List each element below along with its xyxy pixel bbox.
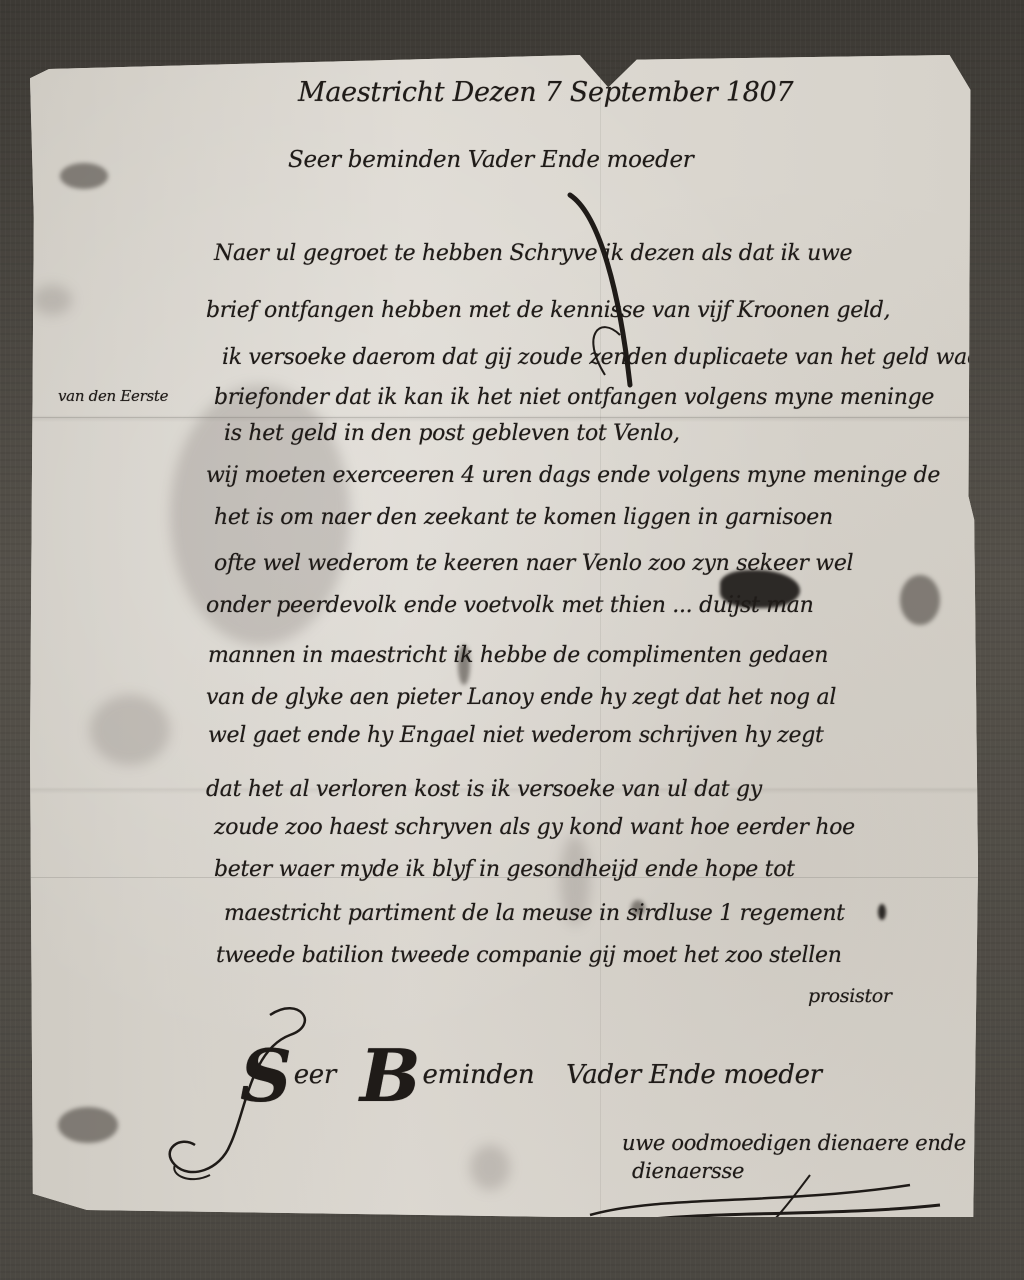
body-line: mannen in maestricht ik hebbe de complim… [208, 643, 828, 668]
water-stain [470, 1145, 510, 1190]
decorative-capital: S [240, 1033, 292, 1118]
water-stain [58, 1107, 118, 1143]
closing-word: eminden [422, 1060, 534, 1090]
body-line: ofte wel wederom te keeren naer Venlo zo… [214, 551, 853, 576]
signoff-line: dienaersse [632, 1159, 744, 1183]
body-line: briefonder dat ik kan ik het niet ontfan… [214, 385, 934, 410]
body-line-postscript: prosistor [808, 985, 892, 1007]
photograph: Maestricht Dezen 7 September 1807 Seer b… [0, 0, 1024, 1280]
closing-word: eer [294, 1060, 336, 1090]
closing-greeting: Seer Beminden Vader Ende moeder [240, 1033, 822, 1118]
body-line: is het geld in den post gebleven tot Ven… [224, 421, 680, 446]
body-line: van de glyke aen pieter Lanoy ende hy ze… [206, 685, 836, 710]
decorative-stroke [510, 185, 650, 405]
water-stain [32, 285, 72, 315]
body-line: wel gaet ende hy Engael niet wederom sch… [208, 723, 824, 748]
letter-paper: Maestricht Dezen 7 September 1807 Seer b… [30, 55, 978, 1217]
margin-note: van den Eerste [58, 387, 168, 405]
body-line: beter waer myde ik blyf in gesondheijd e… [214, 857, 795, 882]
horizontal-fold [30, 417, 978, 418]
body-line: wij moeten exerceeren 4 uren dags ende v… [206, 463, 940, 488]
body-line: dat het al verloren kost is ik versoeke … [206, 777, 762, 802]
body-line: ik versoeke daerom dat gij zoude zenden … [222, 345, 990, 370]
signoff-line: uwe oodmoedigen dienaere ende [622, 1131, 966, 1155]
ink-dot [878, 904, 886, 920]
body-line: het is om naer den zeekant te komen ligg… [214, 505, 833, 530]
water-stain [60, 163, 108, 189]
body-line: tweede batilion tweede companie gij moet… [216, 943, 842, 968]
body-line: Naer ul gegroet te hebben Schryve ik dez… [214, 241, 852, 266]
water-stain [90, 695, 170, 765]
body-line: maestricht partiment de la meuse in sird… [224, 901, 845, 926]
body-line: brief ontfangen hebben met de kennisse v… [206, 298, 890, 323]
dateline: Maestricht Dezen 7 September 1807 [298, 77, 793, 108]
salutation: Seer beminden Vader Ende moeder [288, 147, 693, 173]
body-line: onder peerdevolk ende voetvolk met thien… [206, 593, 813, 618]
body-line: zoude zoo haest schryven als gy kond wan… [214, 815, 855, 840]
ink-smudge [900, 575, 940, 625]
closing-word: Vader Ende moeder [566, 1060, 822, 1090]
decorative-capital: B [360, 1033, 421, 1118]
